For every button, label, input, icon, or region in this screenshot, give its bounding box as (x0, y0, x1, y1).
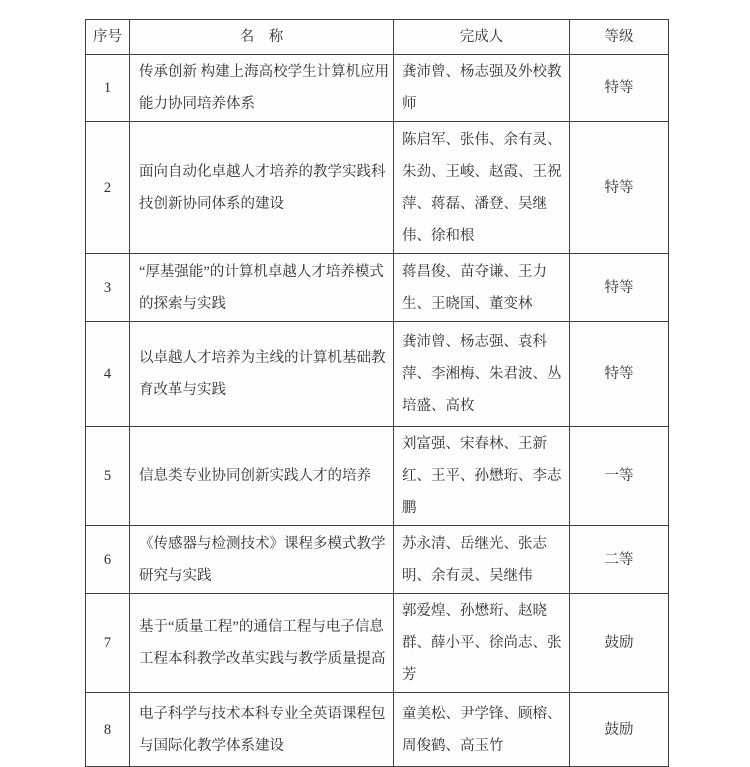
cell-name: “厚基强能”的计算机卓越人才培养模式的探索与实践 (130, 254, 394, 322)
header-row: 序号 名 称 完成人 等级 (86, 20, 669, 55)
table-row: 4 以卓越人才培养为主线的计算机基础教育改革与实践 龚沛曾、杨志强、袁科萍、李湘… (86, 322, 669, 427)
cell-people: 龚沛曾、杨志强及外校教师 (394, 55, 570, 122)
cell-no: 2 (86, 122, 130, 254)
table-row: 1 传承创新 构建上海高校学生计算机应用能力协同培养体系 龚沛曾、杨志强及外校教… (86, 55, 669, 122)
cell-no: 6 (86, 526, 130, 594)
cell-no: 4 (86, 322, 130, 427)
cell-grade: 特等 (570, 254, 669, 322)
table-row: 7 基于“质量工程”的通信工程与电子信息工程本科教学改革实践与教学质量提高 郭爱… (86, 594, 669, 693)
cell-people: 刘富强、宋春林、王新红、王平、孙懋珩、李志鹏 (394, 427, 570, 526)
cell-grade: 特等 (570, 55, 669, 122)
table-row: 2 面向自动化卓越人才培养的教学实践科技创新协同体系的建设 陈启军、张伟、余有灵… (86, 122, 669, 254)
cell-no: 1 (86, 55, 130, 122)
table-body: 1 传承创新 构建上海高校学生计算机应用能力协同培养体系 龚沛曾、杨志强及外校教… (86, 55, 669, 767)
header-no: 序号 (86, 20, 130, 55)
awards-table: 序号 名 称 完成人 等级 1 传承创新 构建上海高校学生计算机应用能力协同培养… (85, 19, 669, 767)
cell-name: 面向自动化卓越人才培养的教学实践科技创新协同体系的建设 (130, 122, 394, 254)
table-header: 序号 名 称 完成人 等级 (86, 20, 669, 55)
cell-name: 基于“质量工程”的通信工程与电子信息工程本科教学改革实践与教学质量提高 (130, 594, 394, 693)
cell-people: 陈启军、张伟、余有灵、朱劲、王峻、赵霞、王祝萍、蒋磊、潘登、吴继伟、徐和根 (394, 122, 570, 254)
cell-grade: 特等 (570, 322, 669, 427)
cell-grade: 二等 (570, 526, 669, 594)
cell-name: 传承创新 构建上海高校学生计算机应用能力协同培养体系 (130, 55, 394, 122)
cell-no: 7 (86, 594, 130, 693)
header-grade: 等级 (570, 20, 669, 55)
table-row: 8 电子科学与技术本科专业全英语课程包与国际化教学体系建设 童美松、尹学锋、顾榕… (86, 693, 669, 767)
cell-people: 蒋昌俊、苗夺谦、王力生、王晓国、董变林 (394, 254, 570, 322)
header-people: 完成人 (394, 20, 570, 55)
cell-grade: 鼓励 (570, 693, 669, 767)
cell-people: 童美松、尹学锋、顾榕、周俊鹤、高玉竹 (394, 693, 570, 767)
cell-people: 郭爱煌、孙懋珩、赵晓群、薛小平、徐尚志、张芳 (394, 594, 570, 693)
cell-people: 苏永清、岳继光、张志明、余有灵、吴继伟 (394, 526, 570, 594)
cell-name: 电子科学与技术本科专业全英语课程包与国际化教学体系建设 (130, 693, 394, 767)
cell-grade: 特等 (570, 122, 669, 254)
cell-no: 3 (86, 254, 130, 322)
cell-no: 8 (86, 693, 130, 767)
cell-name: 信息类专业协同创新实践人才的培养 (130, 427, 394, 526)
cell-name: 《传感器与检测技术》课程多模式教学研究与实践 (130, 526, 394, 594)
cell-no: 5 (86, 427, 130, 526)
table-row: 6 《传感器与检测技术》课程多模式教学研究与实践 苏永清、岳继光、张志明、余有灵… (86, 526, 669, 594)
table-row: 3 “厚基强能”的计算机卓越人才培养模式的探索与实践 蒋昌俊、苗夺谦、王力生、王… (86, 254, 669, 322)
header-name: 名 称 (130, 20, 394, 55)
cell-grade: 鼓励 (570, 594, 669, 693)
cell-name: 以卓越人才培养为主线的计算机基础教育改革与实践 (130, 322, 394, 427)
cell-people: 龚沛曾、杨志强、袁科萍、李湘梅、朱君波、丛培盛、高枚 (394, 322, 570, 427)
cell-grade: 一等 (570, 427, 669, 526)
table-row: 5 信息类专业协同创新实践人才的培养 刘富强、宋春林、王新红、王平、孙懋珩、李志… (86, 427, 669, 526)
